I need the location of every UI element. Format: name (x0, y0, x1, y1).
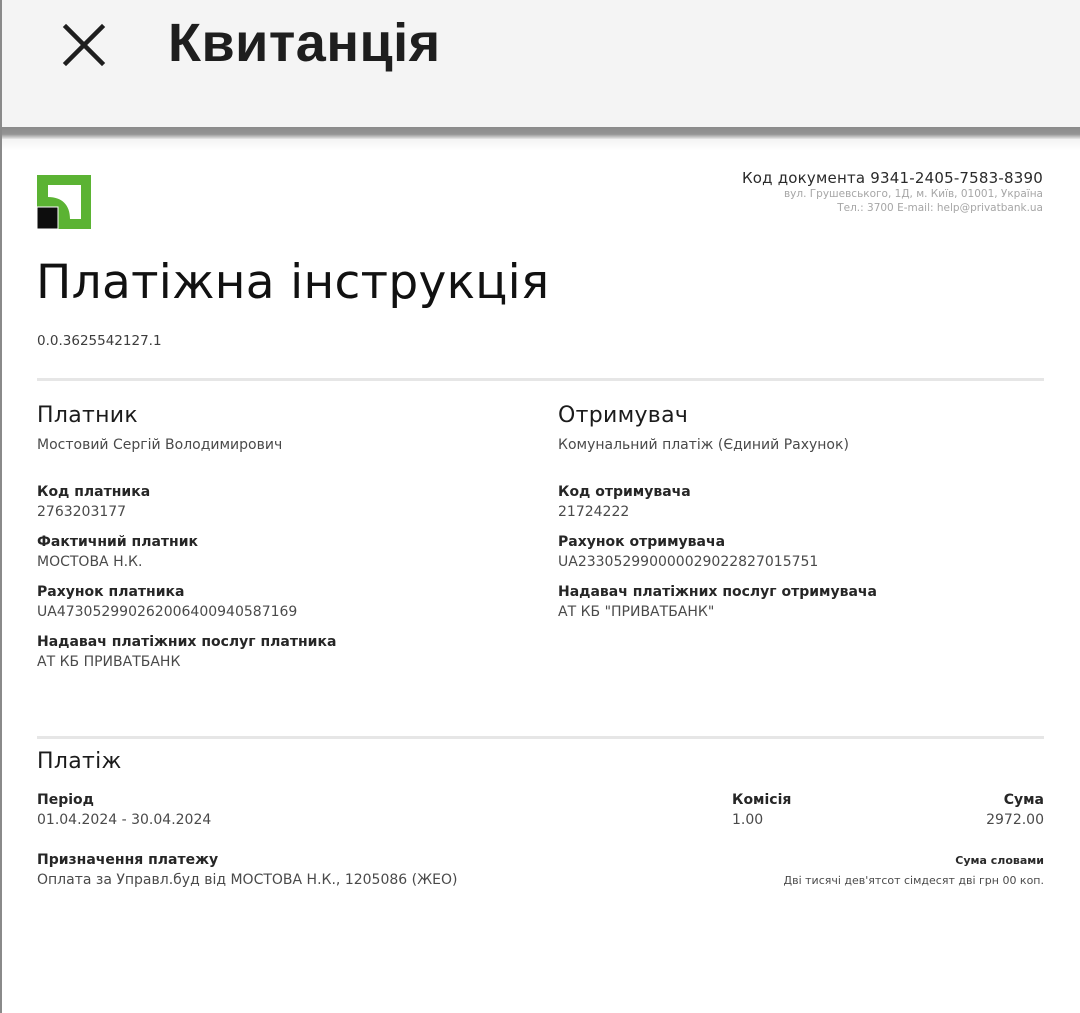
field-label: Код отримувача (558, 483, 1048, 501)
field-label: Період (37, 791, 211, 809)
recipient-account-field: Рахунок отримувача UA2330529900000290228… (558, 533, 1048, 573)
document-title: Платіжна інструкція (36, 255, 550, 310)
close-button[interactable] (58, 20, 110, 70)
recipient-provider-field: Надавач платіжних послуг отримувача АТ К… (558, 583, 1048, 623)
payment-heading: Платіж (37, 749, 1044, 774)
field-label: Комісія (732, 791, 791, 809)
field-value: АТ КБ ПРИВАТБАНК (37, 651, 527, 673)
field-value: 2763203177 (37, 501, 527, 523)
payer-provider-field: Надавач платіжних послуг платника АТ КБ … (37, 633, 527, 673)
field-label: Рахунок отримувача (558, 533, 1048, 551)
field-label: Сума (986, 791, 1044, 809)
divider (37, 736, 1044, 739)
payer-section: Платник Мостовий Сергій Володимирович Ко… (37, 403, 527, 683)
actual-payer-field: Фактичний платник МОСТОВА Н.К. (37, 533, 527, 573)
commission-field: Комісія 1.00 (732, 791, 791, 831)
top-app-bar: Квитанція (0, 0, 1080, 127)
sum-field: Сума 2972.00 (986, 791, 1044, 831)
bank-address: вул. Грушевського, 1Д, м. Київ, 01001, У… (742, 187, 1043, 201)
recipient-code-field: Код отримувача 21724222 (558, 483, 1048, 523)
divider (37, 378, 1044, 381)
field-label: Надавач платіжних послуг платника (37, 633, 527, 651)
close-icon (62, 23, 106, 67)
field-value: 21724222 (558, 501, 1048, 523)
field-value: UA233052990000029022827015751 (558, 551, 1048, 573)
field-label: Надавач платіжних послуг отримувача (558, 583, 1048, 601)
bank-contacts: Тел.: 3700 E-mail: help@privatbank.ua (742, 201, 1043, 215)
payment-section: Платіж Період 01.04.2024 - 30.04.2024 Ко… (37, 749, 1044, 774)
field-value: 1.00 (732, 809, 791, 831)
document-number: 0.0.3625542127.1 (37, 333, 162, 349)
screen-title: Квитанція (168, 12, 441, 74)
app-bar-shadow (0, 127, 1080, 139)
field-value: UA473052990262006400940587169 (37, 601, 527, 623)
purpose-field: Призначення платежу Оплата за Управл.буд… (37, 851, 458, 891)
privatbank-logo-icon (37, 175, 91, 229)
field-value: 2972.00 (986, 809, 1044, 831)
recipient-section: Отримувач Комунальний платіж (Єдиний Рах… (558, 403, 1048, 633)
field-value: 01.04.2024 - 30.04.2024 (37, 809, 211, 831)
period-field: Період 01.04.2024 - 30.04.2024 (37, 791, 211, 831)
document-meta: Код документа 9341-2405-7583-8390 вул. Г… (742, 169, 1043, 215)
field-label: Сума словами (784, 853, 1044, 869)
field-label: Код платника (37, 483, 527, 501)
payer-name: Мостовий Сергій Володимирович (37, 437, 527, 453)
field-value: Оплата за Управл.буд від МОСТОВА Н.К., 1… (37, 869, 458, 891)
payer-heading: Платник (37, 403, 527, 428)
payer-account-field: Рахунок платника UA473052990262006400940… (37, 583, 527, 623)
field-label: Фактичний платник (37, 533, 527, 551)
field-label: Рахунок платника (37, 583, 527, 601)
recipient-heading: Отримувач (558, 403, 1048, 428)
document-code: Код документа 9341-2405-7583-8390 (742, 169, 1043, 187)
recipient-name: Комунальний платіж (Єдиний Рахунок) (558, 437, 1048, 453)
field-value: АТ КБ "ПРИВАТБАНК" (558, 601, 1048, 623)
sum-in-words-field: Сума словами Дві тисячі дев'ятсот сімдес… (784, 853, 1044, 893)
field-value: Дві тисячі дев'ятсот сімдесят дві грн 00… (784, 869, 1044, 893)
field-label: Призначення платежу (37, 851, 458, 869)
field-value: МОСТОВА Н.К. (37, 551, 527, 573)
payer-code-field: Код платника 2763203177 (37, 483, 527, 523)
window-edge (0, 0, 2, 1013)
